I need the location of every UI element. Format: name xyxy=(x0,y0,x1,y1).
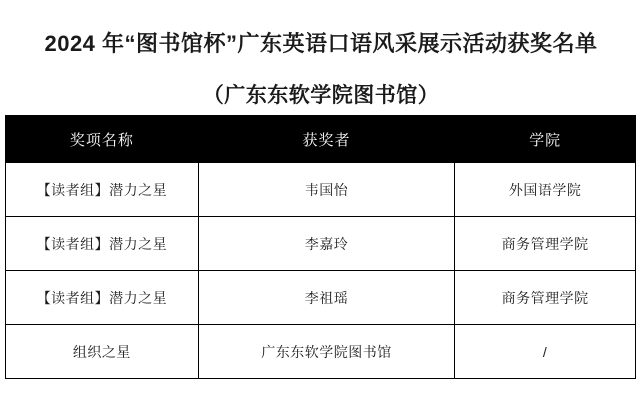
table-row: 【读者组】潜力之星 李嘉玲 商务管理学院 xyxy=(6,217,636,271)
table-header-row: 奖项名称 获奖者 学院 xyxy=(6,116,636,163)
table-cell-awardee: 李嘉玲 xyxy=(198,217,454,271)
table-cell-college: 商务管理学院 xyxy=(455,217,636,271)
table-row: 组织之星 广东东软学院图书馆 / xyxy=(6,325,636,379)
column-header-award-name: 奖项名称 xyxy=(6,116,199,163)
column-header-awardee: 获奖者 xyxy=(198,116,454,163)
table-cell-college: 商务管理学院 xyxy=(455,271,636,325)
page-subtitle: （广东东软学院图书馆） xyxy=(0,83,642,109)
table-row: 【读者组】潜力之星 韦国怡 外国语学院 xyxy=(6,163,636,217)
table-cell-award-name: 【读者组】潜力之星 xyxy=(6,217,199,271)
table-row: 【读者组】潜力之星 李祖瑶 商务管理学院 xyxy=(6,271,636,325)
table-cell-awardee: 李祖瑶 xyxy=(198,271,454,325)
table-cell-awardee: 广东东软学院图书馆 xyxy=(198,325,454,379)
table-cell-college: / xyxy=(455,325,636,379)
table-cell-awardee: 韦国怡 xyxy=(198,163,454,217)
table-cell-award-name: 组织之星 xyxy=(6,325,199,379)
table-cell-award-name: 【读者组】潜力之星 xyxy=(6,163,199,217)
table-cell-college: 外国语学院 xyxy=(455,163,636,217)
column-header-college: 学院 xyxy=(455,116,636,163)
award-table: 奖项名称 获奖者 学院 【读者组】潜力之星 韦国怡 外国语学院 【读者组】潜力之… xyxy=(5,115,636,379)
page-title: 2024 年“图书馆杯”广东英语口语风采展示活动获奖名单 xyxy=(0,30,642,58)
table-cell-award-name: 【读者组】潜力之星 xyxy=(6,271,199,325)
